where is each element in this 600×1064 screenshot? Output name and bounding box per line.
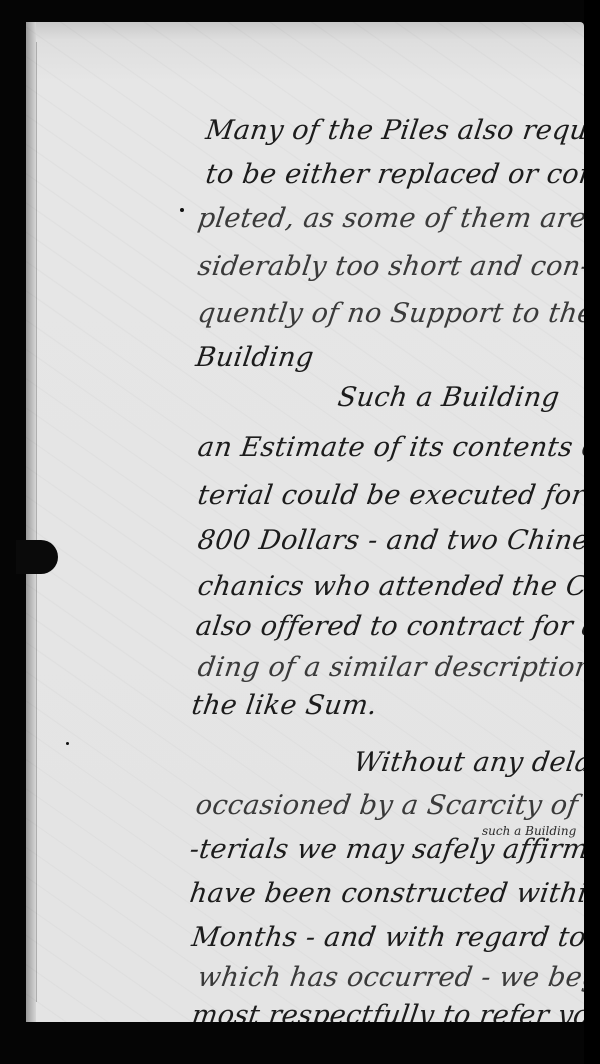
text-line: pleted, as some of them are con- <box>196 203 584 234</box>
text-line: quently of no Support to the <box>196 298 584 329</box>
text-line: ding of a similar description <box>196 652 584 683</box>
text-line: to be either replaced or com- <box>204 159 584 190</box>
text-line: siderably too short and con- <box>196 251 584 282</box>
margin-rule <box>36 42 37 1002</box>
ink-speck <box>66 742 69 745</box>
text-line: terial could be executed for ab <box>196 480 584 511</box>
text-line: the like Sum. <box>190 690 379 721</box>
text-line: an Estimate of its contents of ma- <box>196 432 584 463</box>
text-line: Building <box>194 342 316 373</box>
text-line: chanics who attended the Com- <box>196 571 584 602</box>
ink-speck <box>180 208 184 212</box>
text-line: Without any delay <box>352 747 584 778</box>
text-line: -terials we may safely affirm <box>188 834 584 865</box>
text-line: Months - and with regard to <box>190 922 584 953</box>
text-line: Such a Building <box>336 382 562 413</box>
binding-hole <box>16 540 58 574</box>
text-line: 800 Dollars - and two Chinese Me- <box>196 525 584 556</box>
text-line: which has occurred - we beg <box>196 962 584 993</box>
text-line: have been constructed within <box>188 878 584 909</box>
text-line: also offered to contract for a Buil- <box>194 611 584 642</box>
text-line: most respectfully to refer you <box>190 1000 584 1022</box>
manuscript-page: Many of the Piles also require to be eit… <box>26 22 584 1022</box>
scan-border <box>584 0 600 1064</box>
text-line: occasioned by a Scarcity of Ma- <box>194 790 584 821</box>
text-line: Many of the Piles also require <box>204 115 584 146</box>
